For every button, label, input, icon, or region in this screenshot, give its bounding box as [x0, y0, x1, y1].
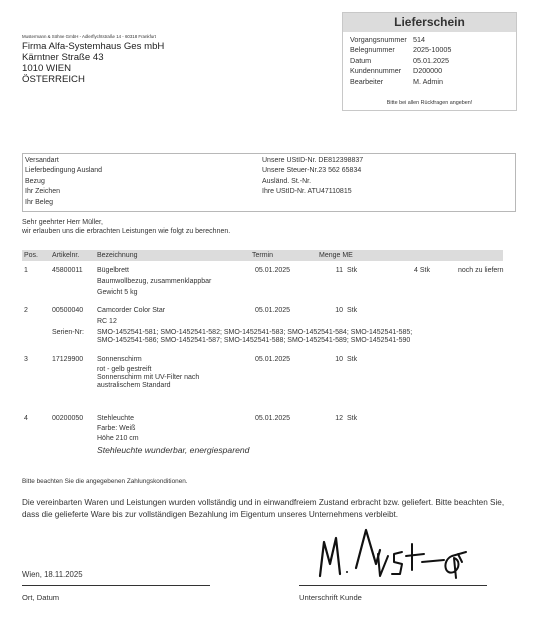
- lieferbedingung: Lieferbedingung Ausland: [25, 166, 102, 176]
- salutation: Sehr geehrter Herr Müller,: [22, 218, 230, 227]
- document-info-box: Lieferschein Vorgangsnummer514 Belegnumm…: [342, 12, 517, 111]
- recipient-name: Firma Alfa-Systemhaus Ges mbH: [22, 41, 164, 52]
- header-artikelnr: Artikelnr.: [52, 250, 79, 261]
- payment-note: Bitte beachten Sie die angegebenen Zahlu…: [22, 478, 188, 485]
- shipping-tax-info-box: Versandart Lieferbedingung Ausland Bezug…: [22, 153, 516, 212]
- auslaend-steuernr: Ausländ. St.-Nr.: [262, 177, 363, 187]
- recipient-city: 1010 WIEN: [22, 63, 164, 74]
- ihre-ustid: Ihre UStID-Nr. ATU47110815: [262, 187, 363, 197]
- doc-row-kundennummer: KundennummerD200000: [350, 66, 516, 76]
- unsere-steuernr: Unsere Steuer-Nr.23 562 65834: [262, 166, 363, 176]
- ihr-zeichen: Ihr Zeichen: [25, 187, 102, 197]
- recipient-street: Kärntner Straße 43: [22, 52, 164, 63]
- header-bezeichnung: Bezeichnung: [97, 250, 137, 261]
- greeting: Sehr geehrter Herr Müller, wir erlauben …: [22, 218, 230, 236]
- ownership-terms: Die vereinbarten Waren und Leistungen wu…: [22, 497, 504, 521]
- doc-row-datum: Datum05.01.2025: [350, 56, 516, 66]
- doc-row-vorgangsnummer: Vorgangsnummer514: [350, 35, 516, 45]
- signature-line: [299, 585, 487, 586]
- doc-row-bearbeiter: BearbeiterM. Admin: [350, 77, 516, 87]
- place-date-line: [22, 585, 210, 586]
- header-pos: Pos.: [24, 250, 38, 261]
- doc-row-belegnummer: Belegnummer2025-10005: [350, 45, 516, 55]
- header-termin: Termin: [252, 250, 273, 261]
- ihr-beleg: Ihr Beleg: [25, 198, 102, 208]
- table-header: Pos. Artikelnr. Bezeichnung Termin Menge…: [22, 250, 503, 261]
- doc-reference-note: Bitte bei allen Rückfragen angeben!: [343, 100, 516, 106]
- place-date-label: Ort, Datum: [22, 593, 59, 602]
- place-date: Wien, 18.11.2025: [22, 570, 83, 579]
- signature-label: Unterschrift Kunde: [299, 593, 362, 602]
- unsere-ustid: Unsere UStID-Nr. DE812398837: [262, 156, 363, 166]
- bezug: Bezug: [25, 177, 102, 187]
- shipping-info: Versandart Lieferbedingung Ausland Bezug…: [25, 156, 102, 208]
- document-title: Lieferschein: [343, 13, 516, 32]
- recipient-address: Firma Alfa-Systemhaus Ges mbH Kärntner S…: [22, 41, 164, 85]
- header-menge-me: Menge ME: [319, 250, 353, 261]
- tax-info: Unsere UStID-Nr. DE812398837 Unsere Steu…: [262, 156, 363, 198]
- intro-text: wir erlauben uns die erbrachten Leistung…: [22, 227, 230, 236]
- recipient-country: ÖSTERREICH: [22, 74, 164, 85]
- versandart: Versandart: [25, 156, 102, 166]
- sender-address-line: Mustermann & Söhne GmbH - Adlerflychtstr…: [22, 34, 156, 39]
- customer-signature: [314, 524, 494, 584]
